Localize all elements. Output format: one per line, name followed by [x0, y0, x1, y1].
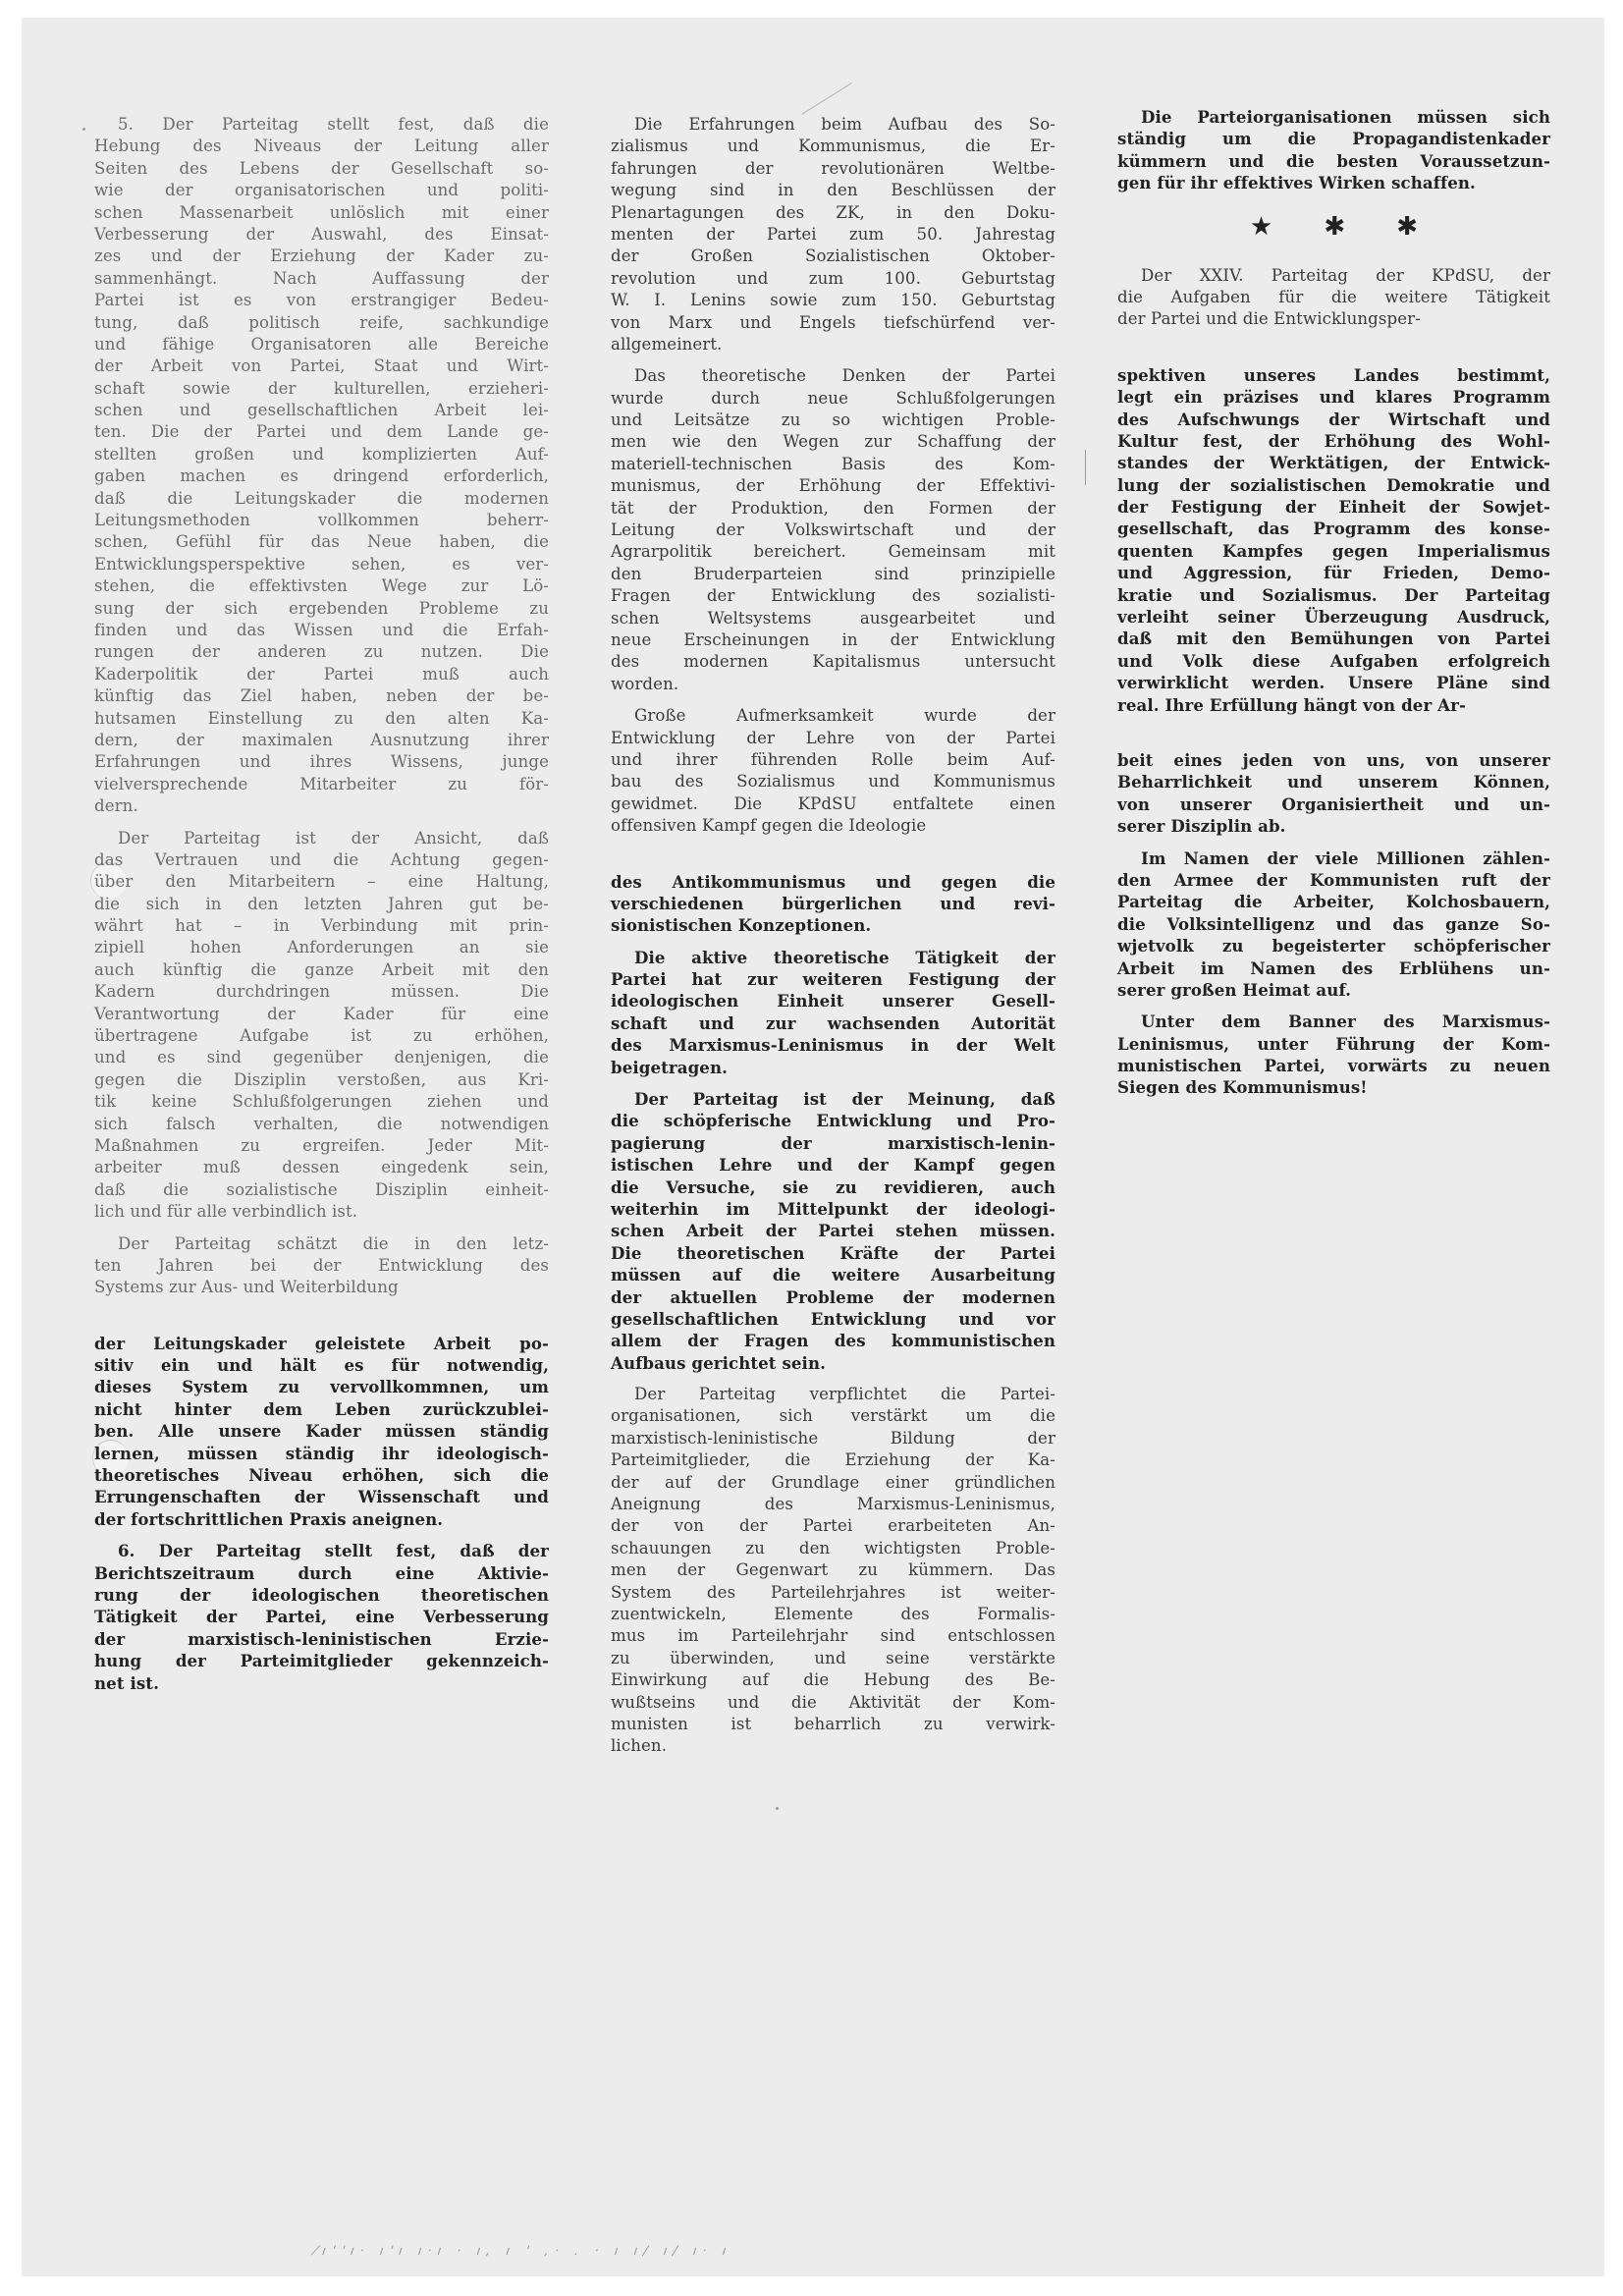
text-line: Der Parteitag ist der Meinung, daß	[611, 1088, 1055, 1110]
paragraph: Im Namen der viele Millionen zählen-den …	[1117, 847, 1550, 1002]
text-line: Die aktive theoretische Tätigkeit der	[611, 947, 1055, 968]
text-line: schen Massenarbeit unlöslich mit einer	[94, 202, 549, 224]
text-column-3: Die Parteiorganisationen müssen sichstän…	[1117, 106, 1550, 1109]
text-line: hung der Parteimitglieder gekennzeich-	[94, 1650, 549, 1671]
text-line: und fähige Organisatoren alle Bereiche	[94, 334, 549, 355]
text-line: der von der Partei erarbeiteten An-	[611, 1515, 1055, 1537]
text-line: gaben machen es dringend erforderlich,	[94, 465, 549, 487]
text-line: Unter dem Banner des Marxismus-	[1117, 1011, 1550, 1032]
paragraph: Der Parteitag ist der Meinung, daßdie sc…	[611, 1088, 1055, 1374]
text-line: Der Parteitag schätzt die in den letz-	[94, 1233, 549, 1255]
text-line: und ihrer führenden Rolle beim Auf-	[611, 749, 1055, 771]
text-line: fahrungen der revolutionären Weltbe-	[611, 158, 1055, 180]
text-line: und Volk diese Aufgaben erfolgreich	[1117, 650, 1550, 672]
text-line: lichen.	[611, 1735, 1055, 1757]
text-line: des Antikommunismus und gegen die	[611, 871, 1055, 893]
text-line: verwirklicht werden. Unsere Pläne sind	[1117, 672, 1550, 693]
text-line: von Marx und Engels tiefschürfend ver-	[611, 312, 1055, 334]
text-line: nicht hinter dem Leben zurückzublei-	[94, 1398, 549, 1420]
text-line: Leitung der Volkswirtschaft und der	[611, 519, 1055, 541]
text-line: daß die Leitungskader die modernen	[94, 488, 549, 510]
text-line: men wie den Wegen zur Schaffung der	[611, 431, 1055, 453]
text-line: ten Jahren bei der Entwicklung des	[94, 1255, 549, 1277]
column-break-gap	[1117, 341, 1550, 364]
text-line: munismus, der Erhöhung der Effektivi-	[611, 475, 1055, 497]
text-line: ben. Alle unsere Kader müssen ständig	[94, 1420, 549, 1442]
text-line: weiterhin im Mittelpunkt der ideologi-	[611, 1198, 1055, 1220]
star-icon: ★	[1250, 212, 1272, 242]
text-line: System des Parteilehrjahres ist weiter-	[611, 1582, 1055, 1604]
text-line: Aneignung des Marxismus-Leninismus,	[611, 1494, 1055, 1515]
text-line: Die Erfahrungen beim Aufbau des So-	[611, 114, 1055, 136]
text-line: und Leitsätze zu so wichtigen Proble-	[611, 410, 1055, 431]
text-line: pagierung der marxistisch-lenin-	[611, 1132, 1055, 1154]
text-line: die sich in den letzten Jahren gut be-	[94, 894, 549, 915]
text-line: schen, Gefühl für das Neue haben, die	[94, 531, 549, 553]
handwritten-note: ⁄ı''ı· ı'ı ı·ı · ı, ı ' ,· . · ı ı/ ı/ ı…	[312, 2244, 734, 2259]
text-line: Verbesserung der Auswahl, des Einsat-	[94, 224, 549, 246]
text-line: wjetvolk zu begeisterter schöpferischer	[1117, 935, 1550, 957]
text-line: Aufbaus gerichtet sein.	[611, 1352, 1055, 1374]
text-line: der marxistisch-leninistischen Erzie-	[94, 1628, 549, 1650]
paragraph: 6. Der Parteitag stellt fest, daß derBer…	[94, 1540, 549, 1694]
text-line: munisten ist beharrlich zu verwirk-	[611, 1714, 1055, 1735]
text-line: allgemeinert.	[611, 334, 1055, 355]
text-line: stehen, die effektivsten Wege zur Lö-	[94, 575, 549, 597]
text-line: schen und gesellschaftlichen Arbeit lei-	[94, 400, 549, 421]
text-line: zuentwickeln, Elemente des Formalis-	[611, 1604, 1055, 1625]
text-line: von unserer Organisiertheit und un-	[1117, 793, 1550, 815]
text-line: Der Parteitag verpflichtet die Partei-	[611, 1384, 1055, 1405]
text-line: lich und für alle verbindlich ist.	[94, 1201, 549, 1223]
text-line: den Armee der Kommunisten ruft der	[1117, 869, 1550, 891]
text-line: Große Aufmerksamkeit wurde der	[611, 705, 1055, 727]
text-line: der Leitungskader geleistete Arbeit po-	[94, 1333, 549, 1354]
text-line: rungen der anderen zu nutzen. Die	[94, 641, 549, 663]
text-line: zialismus und Kommunismus, die Er-	[611, 136, 1055, 157]
text-line: den Bruderparteien sind prinzipielle	[611, 564, 1055, 585]
text-line: vielversprechende Mitarbeiter zu för-	[94, 774, 549, 795]
text-line: Beharrlichkeit und unserem Können,	[1117, 771, 1550, 793]
text-line: des Aufschwungs der Wirtschaft und	[1117, 409, 1550, 430]
text-line: zes und der Erziehung der Kader zu-	[94, 246, 549, 267]
text-line: Leitungsmethoden vollkommen beherr-	[94, 510, 549, 531]
text-line: schen Arbeit der Partei stehen müssen.	[611, 1220, 1055, 1241]
pencil-mark	[801, 82, 851, 115]
text-line: menten der Partei zum 50. Jahrestag	[611, 224, 1055, 246]
text-line: der fortschrittlichen Praxis aneignen.	[94, 1508, 549, 1530]
text-line: sammenhängt. Nach Auffassung der	[94, 268, 549, 290]
text-line: übertragene Aufgabe ist zu erhöhen,	[94, 1025, 549, 1047]
text-line: quenten Kampfes gegen Imperialismus	[1117, 540, 1550, 562]
text-line: künftig das Ziel haben, neben der be-	[94, 685, 549, 707]
text-line: Arbeit im Namen des Erblühens un-	[1117, 957, 1550, 979]
text-line: 6. Der Parteitag stellt fest, daß der	[94, 1540, 549, 1561]
text-line: sung der sich ergebenden Probleme zu	[94, 598, 549, 620]
paragraph: Unter dem Banner des Marxismus-Leninismu…	[1117, 1011, 1550, 1099]
paragraph: Große Aufmerksamkeit wurde derEntwicklun…	[611, 705, 1055, 837]
text-line: Maßnahmen zu ergreifen. Jeder Mit-	[94, 1135, 549, 1157]
text-line: währt hat – in Verbindung mit prin-	[94, 915, 549, 937]
text-line: ständig um die Propagandistenkader	[1117, 128, 1550, 149]
text-line: spektiven unseres Landes bestimmt,	[1117, 364, 1550, 386]
text-line: zipiell hohen Anforderungen an sie	[94, 937, 549, 958]
text-column-1: 5. Der Parteitag stellt fest, daß dieHeb…	[94, 114, 549, 1704]
text-line: beigetragen.	[611, 1057, 1055, 1078]
text-line: allem der Fragen des kommunistischen	[611, 1330, 1055, 1351]
text-line: Kultur fest, der Erhöhung des Wohl-	[1117, 430, 1550, 452]
text-line: Die theoretischen Kräfte der Partei	[611, 1242, 1055, 1264]
text-line: tät der Produktion, den Formen der	[611, 498, 1055, 519]
text-line: die Aufgaben für die weitere Tätigkeit	[1117, 287, 1550, 308]
text-line: der Festigung der Einheit der Sowjet-	[1117, 496, 1550, 518]
text-line: munistischen Partei, vorwärts zu neuen	[1117, 1055, 1550, 1076]
text-line: der auf der Grundlage einer gründlichen	[611, 1472, 1055, 1494]
text-line: real. Ihre Erfüllung hängt von der Ar-	[1117, 694, 1550, 716]
text-line: tik keine Schlußfolgerungen ziehen und	[94, 1091, 549, 1113]
text-line: Parteimitglieder, die Erziehung der Ka-	[611, 1449, 1055, 1471]
text-line: gegen die Disziplin verstoßen, aus Kri-	[94, 1069, 549, 1091]
text-line: des modernen Kapitalismus untersucht	[611, 651, 1055, 673]
star-icon: ✱	[1396, 212, 1418, 242]
text-line: kümmern und die besten Voraussetzun-	[1117, 150, 1550, 172]
text-line: Berichtszeitraum durch eine Aktivie-	[94, 1562, 549, 1584]
text-line: legt ein präzises und klares Programm	[1117, 386, 1550, 408]
text-line: arbeiter muß dessen eingedenk sein,	[94, 1157, 549, 1178]
text-line: schauungen zu den wichtigsten Proble-	[611, 1538, 1055, 1559]
text-line: wurde durch neue Schlußfolgerungen	[611, 388, 1055, 410]
margin-mark	[1085, 450, 1086, 485]
column-break-gap	[1117, 726, 1550, 749]
text-line: des Marxismus-Leninismus in der Welt	[611, 1034, 1055, 1056]
text-line: Im Namen der viele Millionen zählen-	[1117, 847, 1550, 869]
text-line: die Volksintelligenz und das ganze So-	[1117, 913, 1550, 935]
text-line: das Vertrauen und die Achtung gegen-	[94, 849, 549, 871]
scan-speck	[776, 1807, 779, 1810]
text-line: serer Disziplin ab.	[1117, 815, 1550, 837]
text-line: Seiten des Lebens der Gesellschaft so-	[94, 158, 549, 180]
text-line: Partei ist es von erstrangiger Bedeu-	[94, 290, 549, 311]
text-line: und Aggression, für Frieden, Demo-	[1117, 562, 1550, 583]
text-line: die schöpferische Entwicklung und Pro-	[611, 1110, 1055, 1131]
text-line: neue Erscheinungen in der Entwicklung	[611, 629, 1055, 651]
column-break-gap	[611, 847, 1055, 871]
text-line: wie der organisatorischen und politi-	[94, 180, 549, 201]
text-line: serer großen Heimat auf.	[1117, 979, 1550, 1001]
paragraph: Der Parteitag ist der Ansicht, daßdas Ve…	[94, 828, 549, 1224]
paragraph: Das theoretische Denken der Parteiwurde …	[611, 365, 1055, 695]
text-line: ten. Die der Partei und dem Lande ge-	[94, 421, 549, 443]
text-line: Kadern durchdringen müssen. Die	[94, 981, 549, 1003]
text-line: die Versuche, sie zu revidieren, auch	[611, 1176, 1055, 1198]
text-line: Die Parteiorganisationen müssen sich	[1117, 106, 1550, 128]
text-line: ideologischen Einheit unserer Gesell-	[611, 990, 1055, 1011]
text-line: Der Parteitag ist der Ansicht, daß	[94, 828, 549, 849]
text-line: sich falsch verhalten, die notwendigen	[94, 1114, 549, 1135]
text-line: Fragen der Entwicklung des sozialisti-	[611, 585, 1055, 607]
text-line: Kaderpolitik der Partei muß auch	[94, 664, 549, 685]
text-line: schaft sowie der kulturellen, erzieheri-	[94, 378, 549, 400]
text-line: Agrarpolitik bereichert. Gemeinsam mit	[611, 541, 1055, 563]
paragraph: 5. Der Parteitag stellt fest, daß dieHeb…	[94, 114, 549, 818]
text-line: revolution und zum 100. Geburtstag	[611, 268, 1055, 290]
text-line: verleiht seiner Überzeugung Ausdruck,	[1117, 606, 1550, 628]
text-line: Leninismus, unter Führung der Kom-	[1117, 1033, 1550, 1055]
text-line: Hebung des Niveaus der Leitung aller	[94, 136, 549, 157]
text-line: Entwicklung der Lehre von der Partei	[611, 728, 1055, 749]
text-line: Plenartagungen des ZK, in den Doku-	[611, 202, 1055, 224]
text-line: der aktuellen Probleme der modernen	[611, 1286, 1055, 1308]
column-break-gap	[94, 1309, 549, 1333]
text-line: Das theoretische Denken der Partei	[611, 365, 1055, 387]
paragraph: spektiven unseres Landes bestimmt,legt e…	[1117, 364, 1550, 716]
paragraph: Die Parteiorganisationen müssen sichstän…	[1117, 106, 1550, 194]
text-line: Entwicklungsperspektive sehen, es ver-	[94, 554, 549, 575]
paragraph: des Antikommunismus und gegen dieverschi…	[611, 871, 1055, 937]
text-line: verschiedenen bürgerlichen und revi-	[611, 893, 1055, 914]
text-line: über den Mitarbeitern – eine Haltung,	[94, 871, 549, 893]
text-line: Partei hat zur weiteren Festigung der	[611, 968, 1055, 990]
text-line: beit eines jeden von uns, von unserer	[1117, 749, 1550, 771]
text-line: Der XXIV. Parteitag der KPdSU, der	[1117, 265, 1550, 287]
text-line: Tätigkeit der Partei, eine Verbesserung	[94, 1606, 549, 1627]
text-line: dern.	[94, 795, 549, 817]
paragraph: Der XXIV. Parteitag der KPdSU, derdie Au…	[1117, 265, 1550, 331]
paragraph: Die aktive theoretische Tätigkeit derPar…	[611, 947, 1055, 1078]
text-line: gesellschaft, das Programm des konse-	[1117, 518, 1550, 539]
text-line: müssen auf die weitere Ausarbeitung	[611, 1264, 1055, 1285]
text-line: hutsamen Einstellung zu den alten Ka-	[94, 708, 549, 730]
text-line: schaft und zur wachsenden Autorität	[611, 1012, 1055, 1034]
text-line: theoretisches Niveau erhöhen, sich die	[94, 1464, 549, 1486]
section-separator: ★✱✱	[1117, 212, 1550, 242]
paragraph: Die Erfahrungen beim Aufbau des So-ziali…	[611, 114, 1055, 355]
text-line: net ist.	[94, 1672, 549, 1694]
text-line: sionistischen Konzeptionen.	[611, 914, 1055, 936]
text-line: gewidmet. Die KPdSU entfaltete einen	[611, 793, 1055, 815]
text-line: W. I. Lenins sowie zum 150. Geburtstag	[611, 290, 1055, 311]
text-line: mus im Parteilehrjahr sind entschlossen	[611, 1625, 1055, 1647]
text-line: der Partei und die Entwicklungsper-	[1117, 308, 1550, 330]
text-line: worden.	[611, 674, 1055, 695]
text-line: dern, der maximalen Ausnutzung ihrer	[94, 730, 549, 751]
text-line: Siegen des Kommunismus!	[1117, 1076, 1550, 1098]
text-line: lung der sozialistischen Demokratie und	[1117, 474, 1550, 496]
text-line: zu überwinden, und seine verstärkte	[611, 1648, 1055, 1669]
text-line: wußtseins und die Aktivität der Kom-	[611, 1692, 1055, 1714]
text-line: Erfahrungen und ihres Wissens, junge	[94, 751, 549, 773]
text-line: der Großen Sozialistischen Oktober-	[611, 246, 1055, 267]
text-line: finden und das Wissen und die Erfah-	[94, 620, 549, 641]
text-line: daß mit den Bemühungen von Partei	[1117, 628, 1550, 649]
text-line: materiell-technischen Basis des Kom-	[611, 454, 1055, 475]
star-icon: ✱	[1324, 212, 1345, 242]
text-line: schen Weltsystems ausgearbeitet und	[611, 608, 1055, 629]
text-line: sitiv ein und hält es für notwendig,	[94, 1354, 549, 1376]
paragraph: Der Parteitag schätzt die in den letz-te…	[94, 1233, 549, 1299]
text-line: kratie und Sozialismus. Der Parteitag	[1117, 584, 1550, 606]
text-line: Verantwortung der Kader für eine	[94, 1004, 549, 1025]
text-line: men der Gegenwart zu kümmern. Das	[611, 1559, 1055, 1581]
paragraph: beit eines jeden von uns, von unsererBeh…	[1117, 749, 1550, 838]
text-line: rung der ideologischen theoretischen	[94, 1584, 549, 1606]
text-line: organisationen, sich verstärkt um die	[611, 1405, 1055, 1427]
text-line: Errungenschaften der Wissenschaft und	[94, 1486, 549, 1507]
text-line: auch künftig die ganze Arbeit mit den	[94, 959, 549, 981]
text-line: und es sind gegenüber denjenigen, die	[94, 1047, 549, 1068]
text-line: marxistisch-leninistische Bildung der	[611, 1428, 1055, 1449]
text-line: der Arbeit von Partei, Staat und Wirt-	[94, 355, 549, 377]
text-line: bau des Sozialismus und Kommunismus	[611, 771, 1055, 793]
text-line: gesellschaftlichen Entwicklung und vor	[611, 1308, 1055, 1330]
text-line: lernen, müssen ständig ihr ideologisch-	[94, 1443, 549, 1464]
scan-speck	[82, 128, 85, 131]
text-line: Systems zur Aus- und Weiterbildung	[94, 1277, 549, 1298]
paragraph: der Leitungskader geleistete Arbeit po-s…	[94, 1333, 549, 1531]
text-line: istischen Lehre und der Kampf gegen	[611, 1154, 1055, 1175]
text-line: gen für ihr effektives Wirken schaffen.	[1117, 172, 1550, 193]
text-line: Einwirkung auf die Hebung des Be-	[611, 1669, 1055, 1691]
text-line: dieses System zu vervollkommnen, um	[94, 1376, 549, 1397]
text-line: 5. Der Parteitag stellt fest, daß die	[94, 114, 549, 136]
text-line: Parteitag die Arbeiter, Kolchosbauern,	[1117, 891, 1550, 912]
text-line: tung, daß politisch reife, sachkundige	[94, 312, 549, 334]
text-line: stellten großen und komplizierten Auf-	[94, 444, 549, 465]
text-line: standes der Werktätigen, der Entwick-	[1117, 452, 1550, 473]
text-line: daß die sozialistische Disziplin einheit…	[94, 1179, 549, 1201]
text-line: offensiven Kampf gegen die Ideologie	[611, 815, 1055, 837]
text-column-2: Die Erfahrungen beim Aufbau des So-ziali…	[611, 114, 1055, 1768]
text-line: wegung sind in den Beschlüssen der	[611, 180, 1055, 201]
paragraph: Der Parteitag verpflichtet die Partei-or…	[611, 1384, 1055, 1758]
